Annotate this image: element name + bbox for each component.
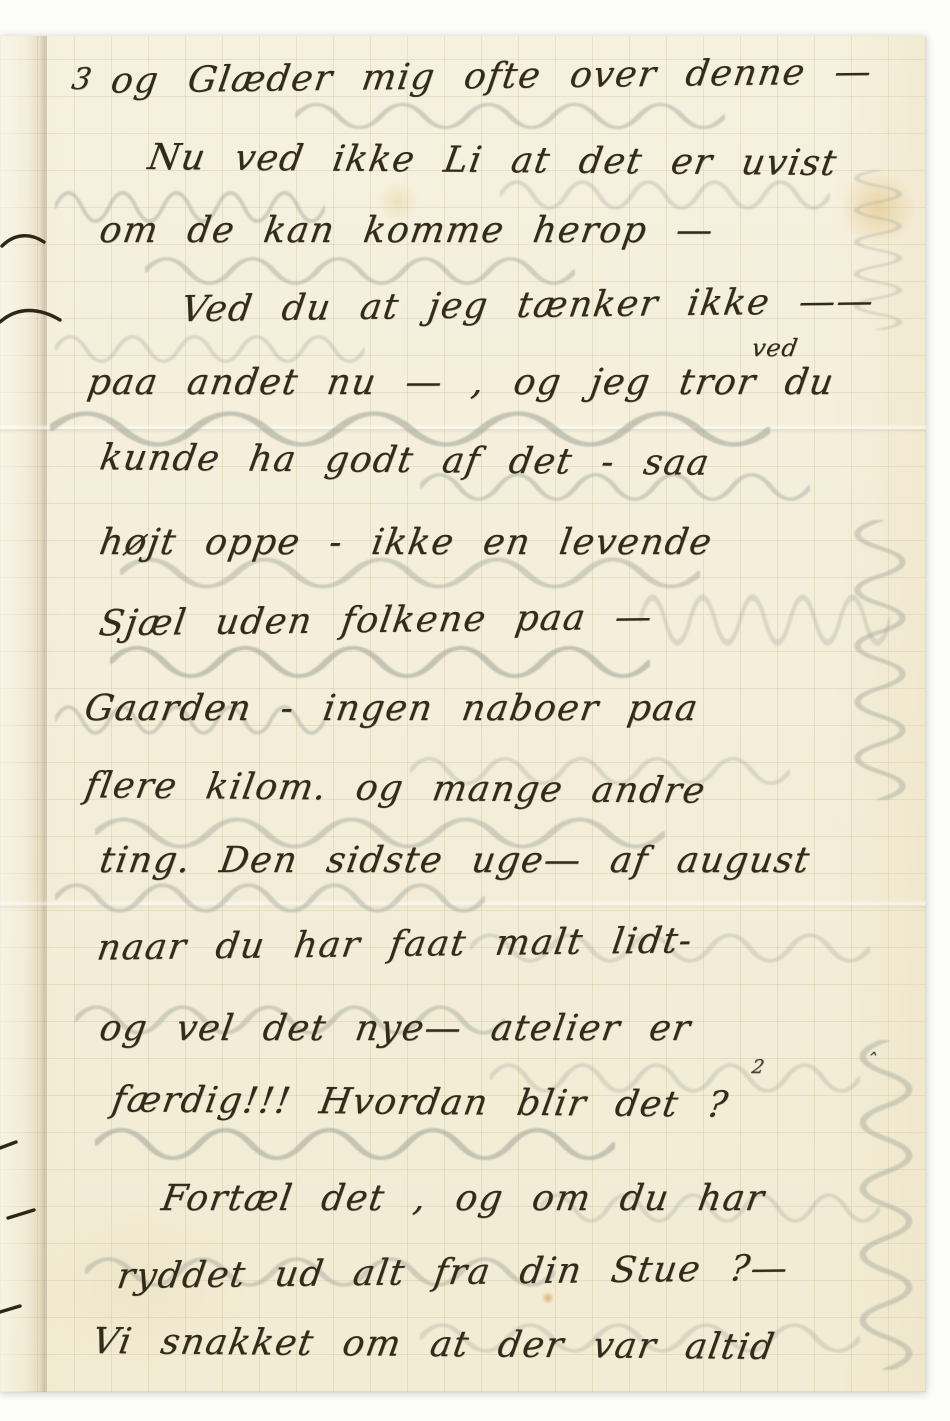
bleedthrough-squiggle: [95, 1122, 615, 1166]
handwriting-line: ryddet ud alt fra din Stue ?—: [114, 1248, 791, 1297]
bleedthrough-squiggle: [295, 98, 725, 134]
handwriting-line: Gaarden - ingen naboer paa: [82, 688, 702, 729]
handwriting-line: færdig!!! Hvordan blir det ?: [109, 1079, 732, 1125]
handwriting-line: højt oppe - ikke en levende: [97, 522, 716, 563]
handwriting-line: Sjæl uden folkene paa —: [96, 597, 655, 645]
handwriting-line: kunde ha godt af det - saa: [97, 437, 713, 483]
handwriting-line: paa andet nu — , og jeg tror du: [85, 362, 838, 403]
handwriting-line: ting. Den sidste uge— af august: [97, 840, 814, 881]
stray-mark: 2: [750, 1056, 767, 1078]
handwriting-line: flere kilom. og mange andre: [82, 765, 709, 811]
handwriting-line: Fortæl det , og om du har: [159, 1178, 768, 1219]
scan-background: 3 og Glæder mig ofte over denne — Nu ved…: [0, 0, 950, 1421]
inserted-word: ved: [750, 334, 801, 362]
bleedthrough-squiggle: [110, 640, 650, 684]
bleedthrough-squiggle: [850, 1040, 922, 1370]
handwriting-line: Vi snakket om at der var altid: [89, 1321, 778, 1368]
handwriting-line: Ved du at jeg tænker ikke ——: [178, 281, 877, 330]
handwriting-line: om de kan komme herop —: [97, 210, 717, 251]
handwriting-line: og vel det nye— atelier er: [97, 1008, 695, 1049]
bleedthrough-squiggle: [55, 878, 485, 918]
handwriting-line: Nu ved ikke Li at det er uvist: [145, 137, 840, 184]
handwriting-line: naar du har faat malt lidt-: [94, 920, 695, 968]
margin-ink-stroke: [0, 0, 70, 1421]
bleedthrough-squiggle: [845, 520, 915, 800]
